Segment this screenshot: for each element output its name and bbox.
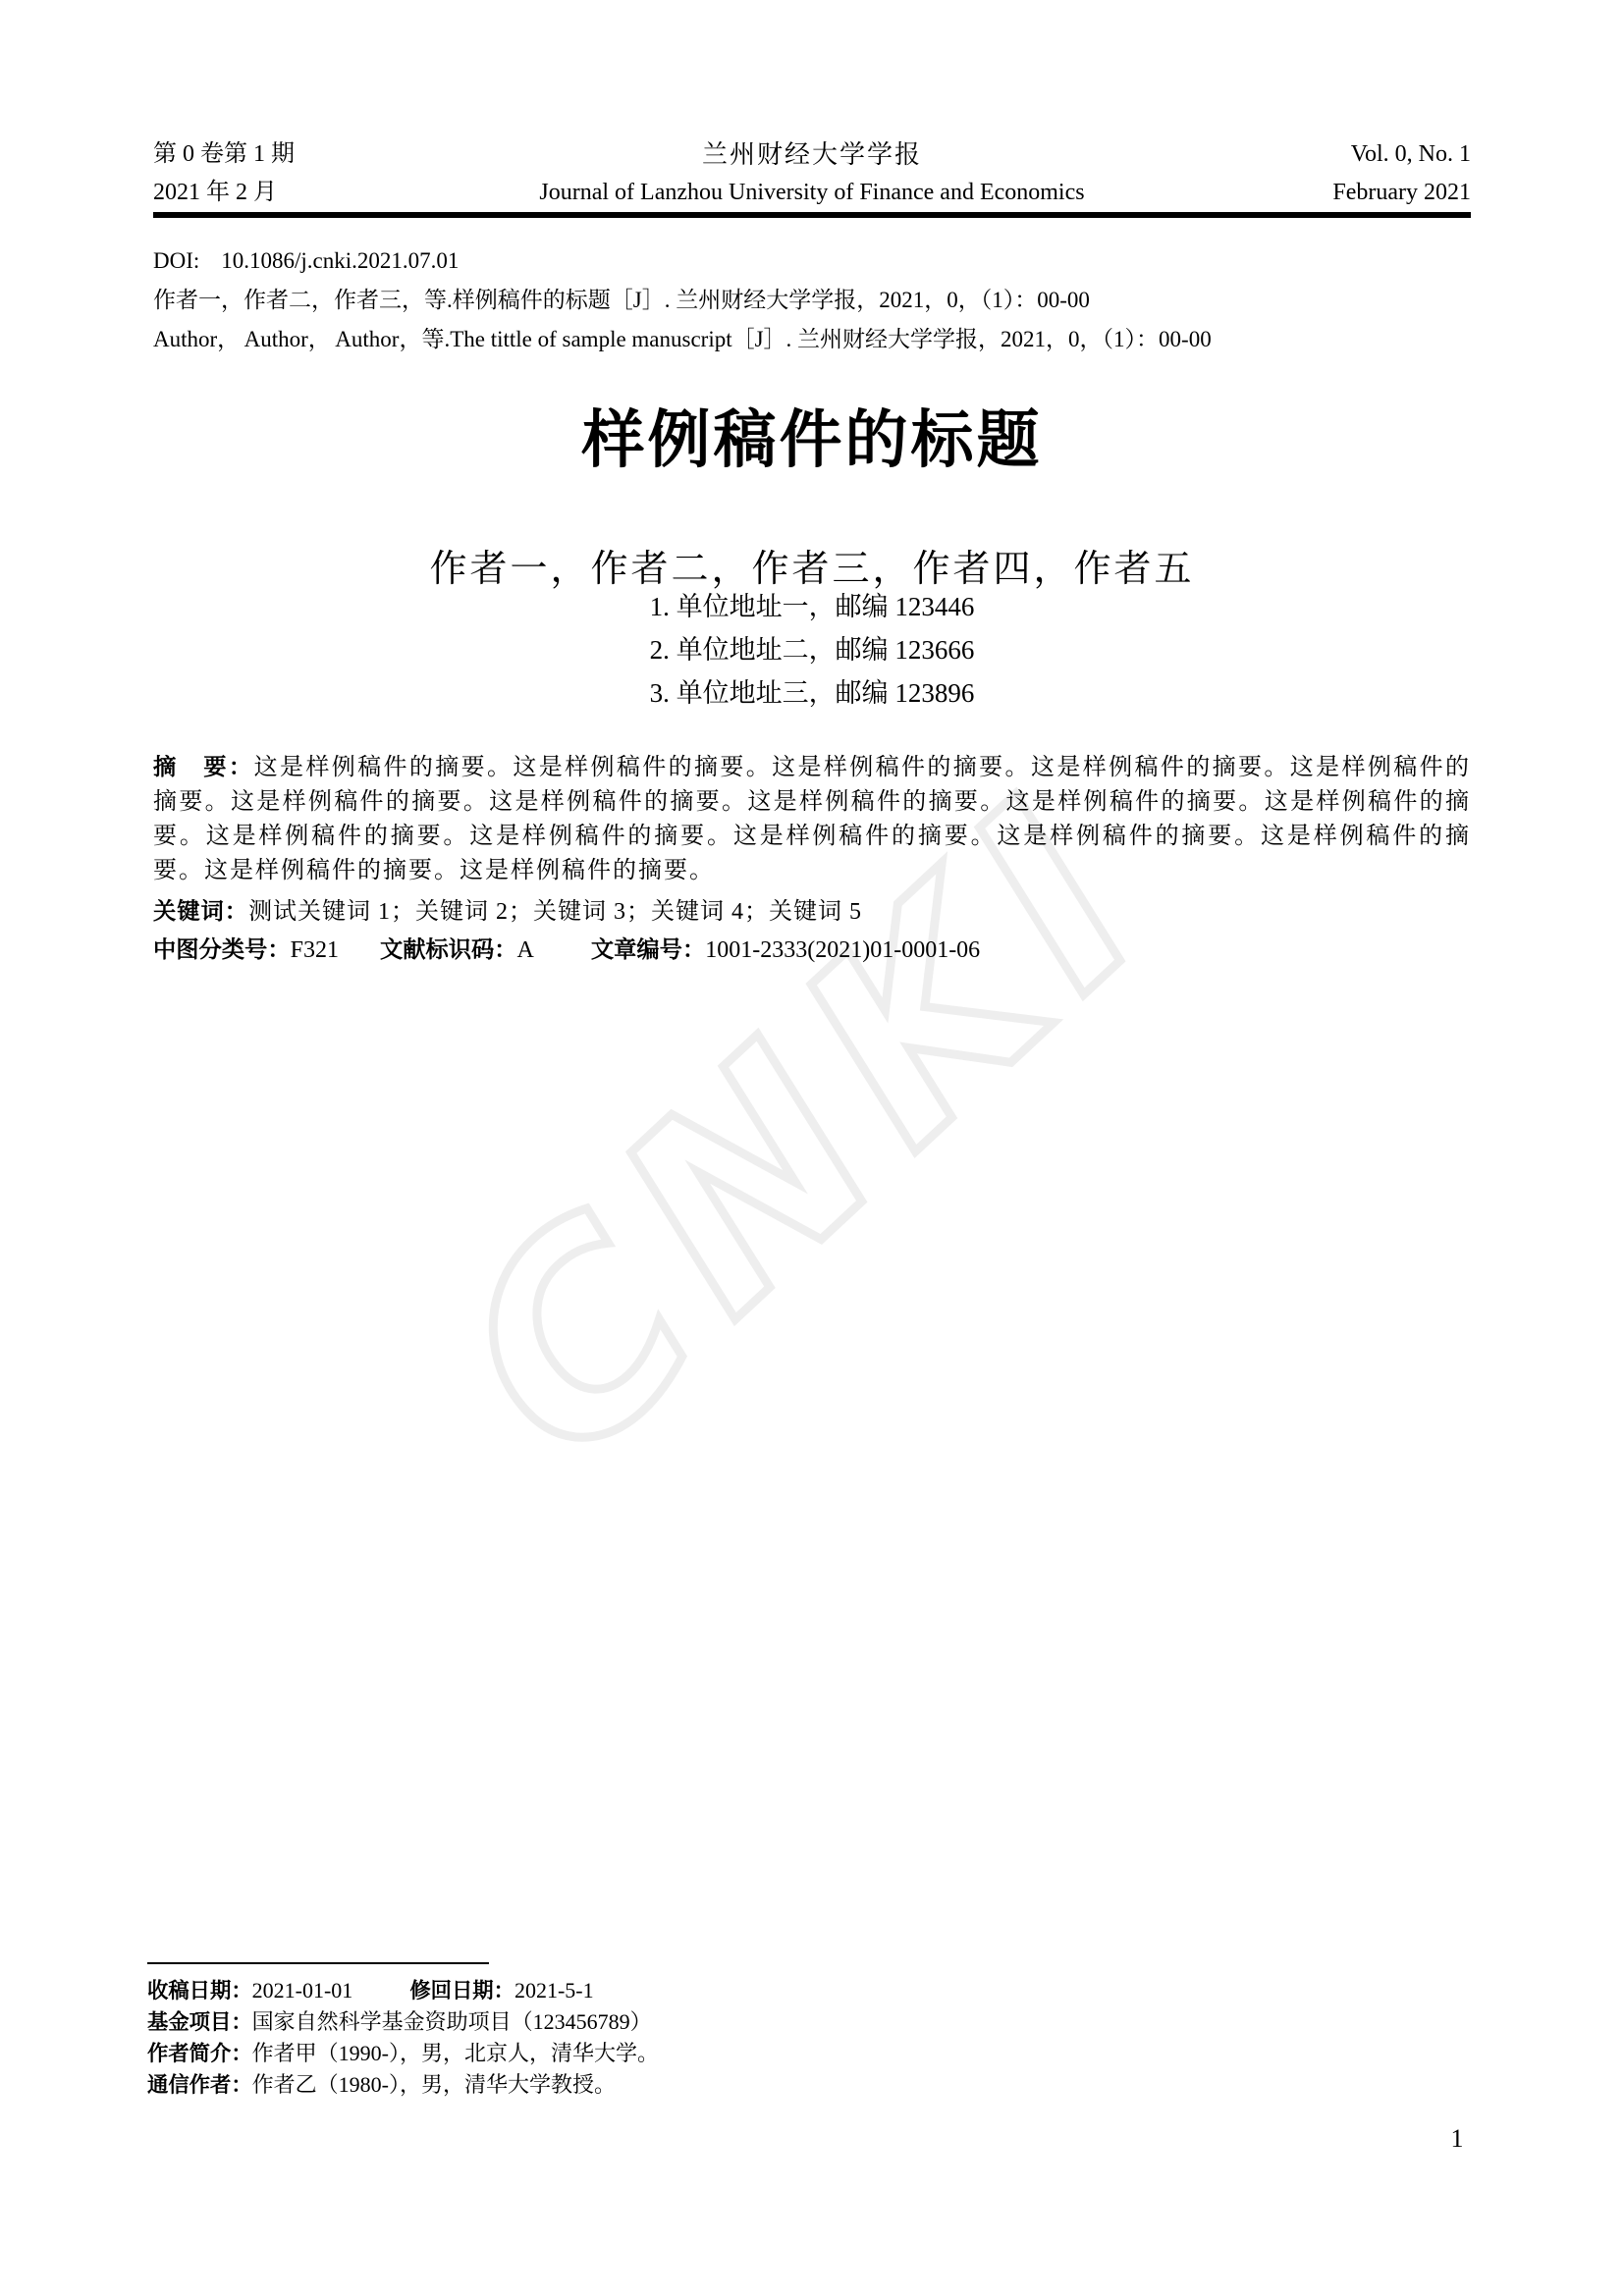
revised-date-value: 2021-5-1: [514, 1978, 594, 2002]
corresponding-author-label: 通信作者：: [147, 2073, 252, 2097]
article-title: 样例稿件的标题: [0, 404, 1624, 477]
journal-name-en: Journal of Lanzhou University of Finance…: [483, 174, 1142, 212]
abstract-label: 摘 要：: [153, 754, 254, 779]
issue-volume-en: Vol. 0, No. 1: [1142, 135, 1472, 174]
author-bio-label: 作者简介：: [147, 2042, 252, 2065]
keywords-label: 关键词：: [153, 898, 248, 924]
header-rule: [153, 212, 1471, 218]
doc-code-value: A: [517, 937, 534, 963]
abstract-text: 这是样例稿件的摘要。这是样例稿件的摘要。这是样例稿件的摘要。这是样例稿件的摘要。…: [153, 755, 1471, 883]
article-id-value: 1001-2333(2021)01-0001-06: [705, 937, 980, 963]
affiliation-2: 2. 单位地址二，邮编 123666: [0, 628, 1624, 671]
footnote-rule: [147, 1962, 489, 1964]
fund-label: 基金项目：: [147, 2010, 252, 2034]
citation-block: DOI:10.1086/j.cnki.2021.07.01 作者一，作者二，作者…: [153, 241, 1471, 359]
affiliation-3: 3. 单位地址三，邮编 123896: [0, 671, 1624, 715]
issue-date-en: February 2021: [1142, 174, 1472, 212]
clc-value: F321: [291, 937, 339, 963]
issue-volume-cn: 第 0 卷第 1 期: [153, 135, 483, 174]
corresponding-author-value: 作者乙（1980-），男，清华大学教授。: [252, 2072, 616, 2097]
abstract-paragraph: 摘 要：这是样例稿件的摘要。这是样例稿件的摘要。这是样例稿件的摘要。这是样例稿件…: [153, 750, 1471, 888]
header-issue-info: 第 0 卷第 1 期 2021 年 2 月: [153, 135, 483, 212]
footnote-bio-line: 作者简介：作者甲（1990-），男，北京人，清华大学。: [147, 2038, 1465, 2069]
header-issue-info-en: Vol. 0, No. 1 February 2021: [1142, 135, 1472, 212]
clc-label: 中图分类号：: [153, 936, 291, 962]
fund-value: 国家自然科学基金资助项目（123456789）: [252, 2009, 652, 2034]
author-list: 作者一，作者二，作者三，作者四，作者五: [0, 538, 1624, 592]
page-number: 1: [1435, 2124, 1479, 2154]
doi-label: DOI:: [153, 248, 199, 273]
doc-code-label: 文献标识码：: [380, 936, 517, 962]
keywords-text: 测试关键词 1；关键词 2；关键词 3；关键词 4；关键词 5: [248, 899, 862, 925]
author-bio-value: 作者甲（1990-），男，北京人，清华大学。: [252, 2041, 659, 2065]
citation-cn: 作者一，作者二，作者三，等.样例稿件的标题［J］. 兰州财经大学学报，2021，…: [153, 281, 1471, 320]
affiliation-1: 1. 单位地址一，邮编 123446: [0, 585, 1624, 628]
issue-date-cn: 2021 年 2 月: [153, 174, 483, 212]
citation-en: Author， Author， Author，等.The tittle of s…: [153, 320, 1471, 359]
classification-line: 中图分类号：F321文献标识码：A文章编号：1001-2333(2021)01-…: [153, 931, 1471, 964]
received-date-label: 收稿日期：: [147, 1979, 252, 2002]
footnote-fund-line: 基金项目：国家自然科学基金资助项目（123456789）: [147, 2006, 1465, 2038]
doi-line: DOI:10.1086/j.cnki.2021.07.01: [153, 241, 1471, 281]
article-id-label: 文章编号：: [591, 936, 705, 962]
affiliation-list: 1. 单位地址一，邮编 123446 2. 单位地址二，邮编 123666 3.…: [0, 585, 1624, 715]
journal-name-cn: 兰州财经大学学报: [483, 135, 1142, 174]
footnote-corresponding-line: 通信作者：作者乙（1980-），男，清华大学教授。: [147, 2069, 1465, 2101]
page-header: 第 0 卷第 1 期 2021 年 2 月 兰州财经大学学报 Journal o…: [153, 135, 1471, 212]
doi-value: 10.1086/j.cnki.2021.07.01: [221, 248, 459, 273]
journal-first-page: CNKI 第 0 卷第 1 期 2021 年 2 月 兰州财经大学学报 Jour…: [0, 0, 1624, 2296]
received-date-value: 2021-01-01: [252, 1978, 353, 2002]
footnote-dates-line: 收稿日期：2021-01-01修回日期：2021-5-1: [147, 1975, 1465, 2006]
revised-date-label: 修回日期：: [409, 1979, 514, 2002]
header-journal-name: 兰州财经大学学报 Journal of Lanzhou University o…: [483, 135, 1142, 212]
keywords-line: 关键词：测试关键词 1；关键词 2；关键词 3；关键词 4；关键词 5: [153, 891, 1471, 926]
footnotes-block: 收稿日期：2021-01-01修回日期：2021-5-1 基金项目：国家自然科学…: [147, 1975, 1465, 2101]
